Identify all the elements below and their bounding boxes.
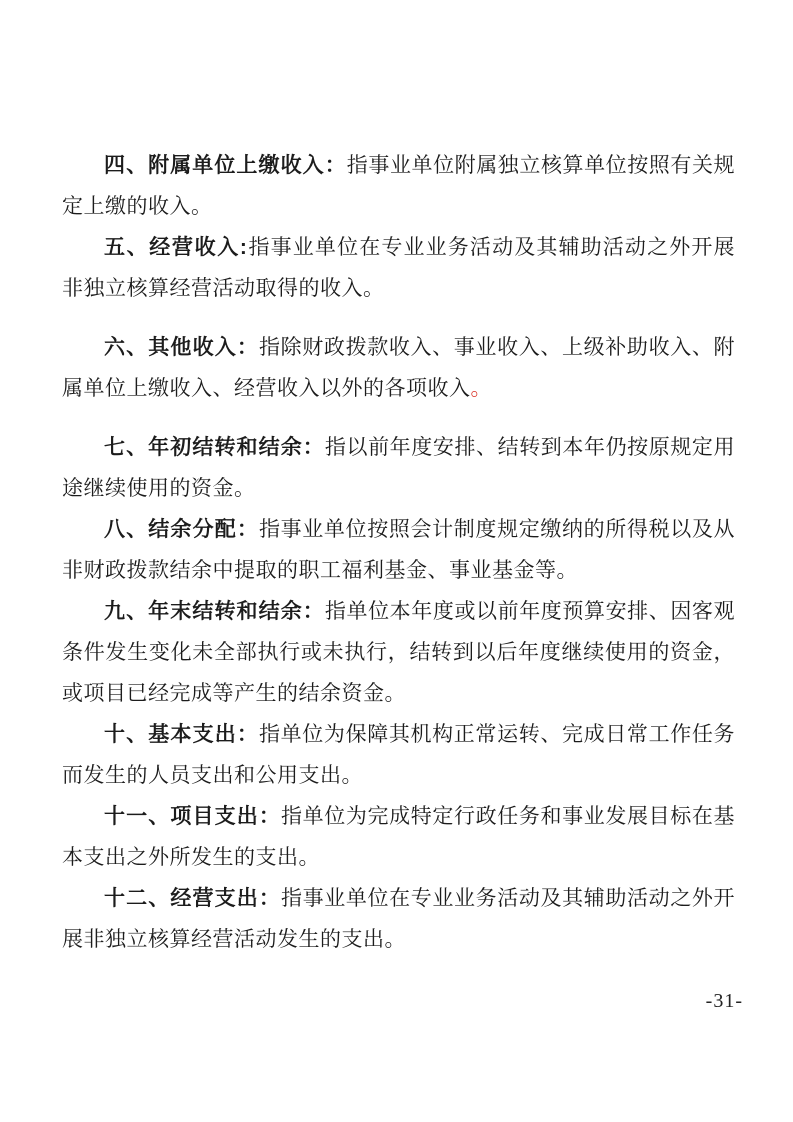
section-heading: 十二、经营支出： (104, 887, 281, 910)
page-number: -31- (706, 990, 743, 1013)
red-period: 。 (471, 376, 493, 400)
definition-paragraph: 九、年末结转和结余：指单位本年度或以前年度预算安排、因客观条件发生变化未全部执行… (62, 591, 735, 714)
definition-paragraph: 十二、经营支出：指事业单位在专业业务活动及其辅助活动之外开展非独立核算经营活动发… (62, 878, 735, 960)
definition-paragraph: 五、经营收入:指事业单位在专业业务活动及其辅助活动之外开展非独立核算经营活动取得… (62, 227, 735, 309)
definition-paragraph: 十一、项目支出：指单位为完成特定行政任务和事业发展目标在基本支出之外所发生的支出… (62, 796, 735, 878)
section-heading: 十、基本支出： (104, 723, 259, 746)
definitions-list: 四、附属单位上缴收入：指事业单位附属独立核算单位按照有关规定上缴的收入。五、经营… (62, 145, 735, 960)
section-heading: 八、结余分配： (104, 518, 259, 541)
definition-paragraph: 十、基本支出：指单位为保障其机构正常运转、完成日常工作任务而发生的人员支出和公用… (62, 714, 735, 796)
section-heading: 七、年初结转和结余： (104, 436, 325, 459)
definition-paragraph: 四、附属单位上缴收入：指事业单位附属独立核算单位按照有关规定上缴的收入。 (62, 145, 735, 227)
section-heading: 六、其他收入： (104, 336, 259, 359)
section-heading: 四、附属单位上缴收入： (104, 154, 347, 177)
definition-paragraph: 八、结余分配：指事业单位按照会计制度规定缴纳的所得税以及从非财政拨款结余中提取的… (62, 509, 735, 591)
section-heading: 九、年末结转和结余： (104, 600, 325, 623)
definition-paragraph: 七、年初结转和结余：指以前年度安排、结转到本年仍按原规定用途继续使用的资金。 (62, 427, 735, 509)
section-heading: 十一、项目支出： (104, 805, 281, 828)
section-heading: 五、经营收入: (104, 236, 248, 259)
definition-paragraph: 六、其他收入：指除财政拨款收入、事业收入、上级补助收入、附属单位上缴收入、经营收… (62, 327, 735, 409)
document-page: 四、附属单位上缴收入：指事业单位附属独立核算单位按照有关规定上缴的收入。五、经营… (0, 0, 793, 1122)
